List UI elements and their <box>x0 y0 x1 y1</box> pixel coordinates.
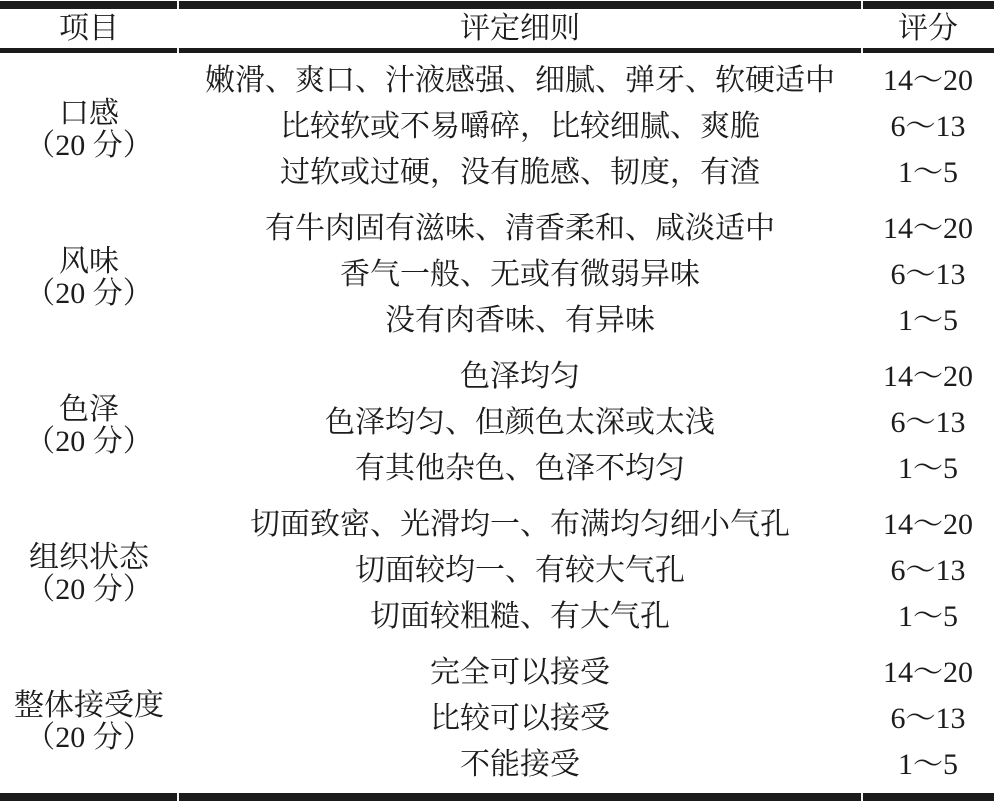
score-cell: 14～20 <box>862 645 994 696</box>
score-cell: 1～5 <box>862 150 994 201</box>
table-row: 整体接受度 （20 分） 完全可以接受 14～20 <box>0 645 994 696</box>
criteria-cell: 有其他杂色、色泽不均匀 <box>178 446 862 497</box>
score-cell: 6～13 <box>862 252 994 298</box>
criteria-cell: 过软或过硬，没有脆感、韧度，有渣 <box>178 150 862 201</box>
score-cell: 14～20 <box>862 497 994 548</box>
table-bottom-rule <box>0 793 994 801</box>
score-cell: 14～20 <box>862 349 994 400</box>
group-item-points: （20 分） <box>0 278 178 310</box>
table-row: 色泽 （20 分） 色泽均匀 14～20 <box>0 349 994 400</box>
criteria-cell: 切面较均一、有较大气孔 <box>178 548 862 594</box>
criteria-cell: 切面较粗糙、有大气孔 <box>178 594 862 645</box>
group-label-acceptability: 整体接受度 （20 分） <box>0 645 178 793</box>
criteria-cell: 色泽均匀 <box>178 349 862 400</box>
group-item-points: （20 分） <box>0 574 178 606</box>
score-cell: 1～5 <box>862 446 994 497</box>
group-item-name: 组织状态 <box>0 542 178 574</box>
criteria-cell: 不能接受 <box>178 742 862 793</box>
group-item-name: 整体接受度 <box>0 690 178 722</box>
criteria-cell: 香气一般、无或有微弱异味 <box>178 252 862 298</box>
score-cell: 6～13 <box>862 548 994 594</box>
header-item-column: 项目 <box>0 14 178 44</box>
criteria-cell: 比较软或不易嚼碎，比较细腻、爽脆 <box>178 104 862 150</box>
group-label-mouthfeel: 口感 （20 分） <box>0 53 178 201</box>
group-label-color: 色泽 （20 分） <box>0 349 178 497</box>
table-header-row: 项目 评定细则 评分 <box>0 9 994 48</box>
score-cell: 1～5 <box>862 742 994 793</box>
score-cell: 1～5 <box>862 594 994 645</box>
group-item-name: 色泽 <box>0 394 178 426</box>
group-label-texture: 组织状态 （20 分） <box>0 497 178 645</box>
header-score-column: 评分 <box>862 14 994 44</box>
score-cell: 14～20 <box>862 53 994 104</box>
table-row: 风味 （20 分） 有牛肉固有滋味、清香柔和、咸淡适中 14～20 <box>0 201 994 252</box>
table-header-rule <box>0 48 994 53</box>
criteria-cell: 完全可以接受 <box>178 645 862 696</box>
criteria-cell: 嫩滑、爽口、汁液感强、细腻、弹牙、软硬适中 <box>178 53 862 104</box>
group-color: 色泽 （20 分） 色泽均匀 14～20 色泽均匀、但颜色太深或太浅 6～13 … <box>0 349 994 497</box>
group-texture: 组织状态 （20 分） 切面致密、光滑均一、布满均匀细小气孔 14～20 切面较… <box>0 497 994 645</box>
criteria-cell: 没有肉香味、有异味 <box>178 298 862 349</box>
criteria-cell: 色泽均匀、但颜色太深或太浅 <box>178 400 862 446</box>
group-item-points: （20 分） <box>0 130 178 162</box>
evaluation-table: 口感 （20 分） 嫩滑、爽口、汁液感强、细腻、弹牙、软硬适中 14～20 比较… <box>0 53 994 793</box>
score-cell: 6～13 <box>862 104 994 150</box>
group-flavor: 风味 （20 分） 有牛肉固有滋味、清香柔和、咸淡适中 14～20 香气一般、无… <box>0 201 994 349</box>
group-mouthfeel: 口感 （20 分） 嫩滑、爽口、汁液感强、细腻、弹牙、软硬适中 14～20 比较… <box>0 53 994 201</box>
group-item-name: 风味 <box>0 246 178 278</box>
group-acceptability: 整体接受度 （20 分） 完全可以接受 14～20 比较可以接受 6～13 不能… <box>0 645 994 793</box>
table-top-rule <box>0 1 994 9</box>
score-cell: 6～13 <box>862 696 994 742</box>
score-cell: 6～13 <box>862 400 994 446</box>
group-item-points: （20 分） <box>0 426 178 458</box>
table-row: 组织状态 （20 分） 切面致密、光滑均一、布满均匀细小气孔 14～20 <box>0 497 994 548</box>
criteria-cell: 比较可以接受 <box>178 696 862 742</box>
criteria-cell: 切面致密、光滑均一、布满均匀细小气孔 <box>178 497 862 548</box>
group-label-flavor: 风味 （20 分） <box>0 201 178 349</box>
table-row: 口感 （20 分） 嫩滑、爽口、汁液感强、细腻、弹牙、软硬适中 14～20 <box>0 53 994 104</box>
paper-table-page: 项目 评定细则 评分 口感 （20 分） 嫩滑、爽口、汁液感强、细腻、弹牙、软硬… <box>0 0 994 812</box>
group-item-points: （20 分） <box>0 722 178 754</box>
criteria-cell: 有牛肉固有滋味、清香柔和、咸淡适中 <box>178 201 862 252</box>
score-cell: 1～5 <box>862 298 994 349</box>
header-criteria-column: 评定细则 <box>178 14 862 44</box>
score-cell: 14～20 <box>862 201 994 252</box>
group-item-name: 口感 <box>0 98 178 130</box>
